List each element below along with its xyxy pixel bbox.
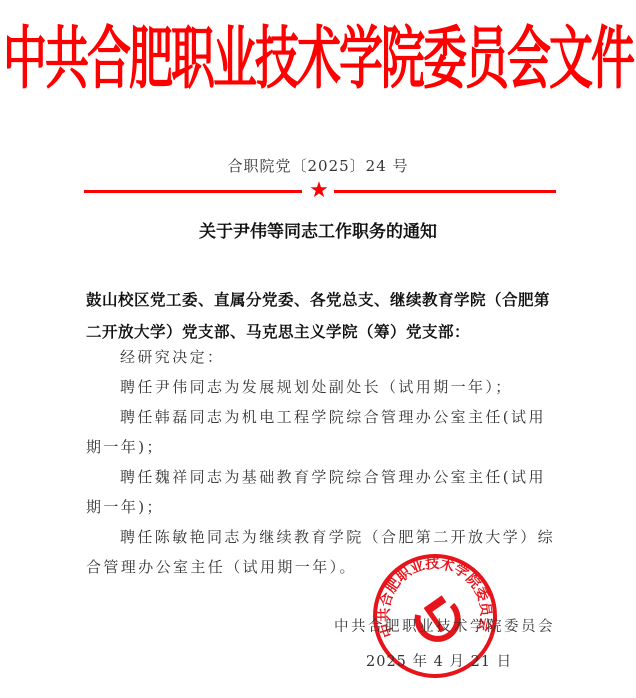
paragraph-appointment-2: 聘任韩磊同志为机电工程学院综合管理办公室主任(试用期一年)；	[86, 402, 556, 462]
recipients: 鼓山校区党工委、直属分党委、各党总支、继续教育学院（合肥第二开放大学）党支部、马…	[86, 284, 556, 348]
star-icon: ★	[308, 180, 330, 202]
signing-organization: 中共合肥职业技术学院委员会	[334, 615, 564, 636]
paragraph-decision: 经研究决定：	[86, 342, 556, 372]
signing-date: 2025 年 4 月 21 日	[366, 650, 566, 671]
header-divider-right	[334, 190, 556, 193]
notice-title: 关于尹伟等同志工作职务的通知	[0, 217, 636, 242]
header-divider-left	[84, 190, 302, 193]
paragraph-appointment-3: 聘任魏祥同志为基础教育学院综合管理办公室主任(试用期一年)；	[86, 462, 556, 522]
document-number: 合职院党〔2025〕24 号	[0, 155, 636, 176]
document-header-title: 中共合肥职业技术学院委员会文件	[0, 26, 636, 94]
paragraph-appointment-1: 聘任尹伟同志为发展规划处副处长（试用期一年）；	[86, 372, 556, 402]
